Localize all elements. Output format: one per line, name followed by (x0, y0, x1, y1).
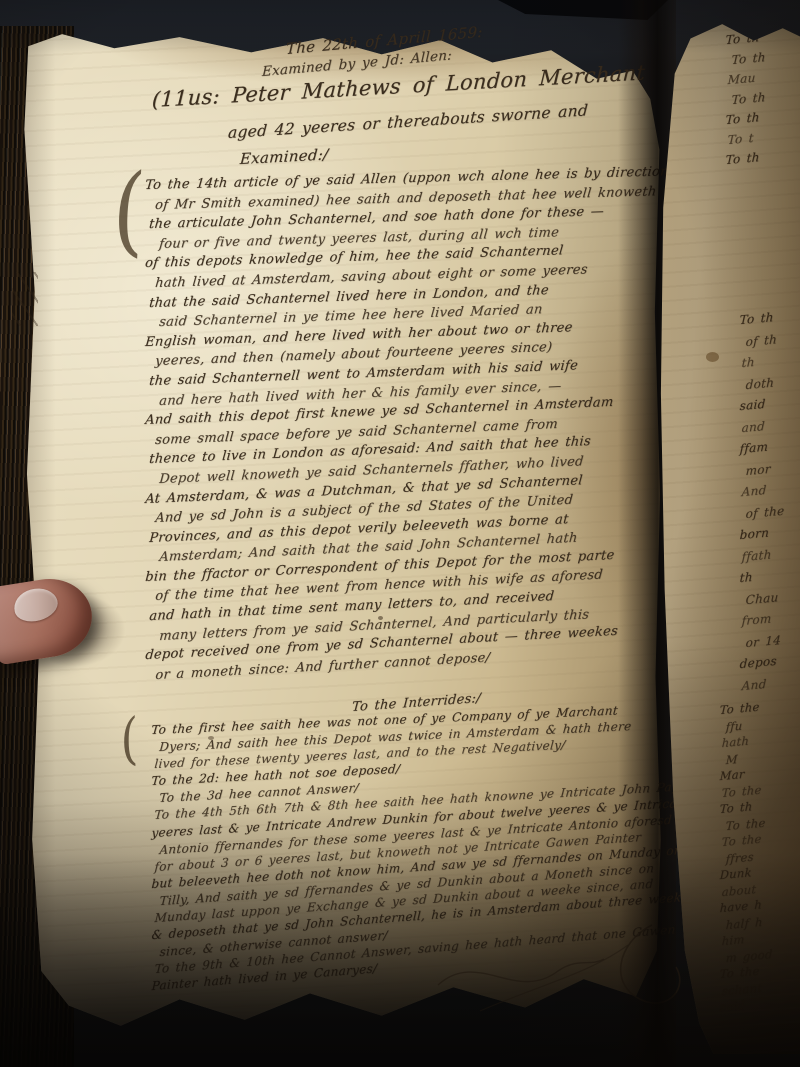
facing-line: To th (725, 146, 766, 170)
ink-stain (208, 736, 214, 740)
ink-stain (378, 616, 383, 620)
facing-line: To th (739, 306, 785, 332)
deposition-block: To the 14th article of ye said Allen (up… (146, 176, 651, 685)
paper-fox-spot (706, 352, 719, 362)
facing-line: ffam (739, 435, 785, 461)
facing-line: And (741, 478, 785, 503)
facing-middle-fragments: To thof ththdothsaidandffammorAndof theb… (740, 310, 785, 697)
facing-line: th (741, 349, 785, 374)
facing-line: th (739, 564, 785, 590)
facing-bottom-fragments: To theffuhathMMarTo theTo thTo theTo the… (720, 702, 773, 1016)
manuscript-photo: The 22th of Aprill 1659: Examined by ye … (0, 0, 800, 1067)
margin-pen-marks (12, 272, 38, 326)
facing-top-fragments: To thTo thMauTo thTo thTo tTo th (726, 30, 766, 170)
facing-line: And (741, 672, 785, 697)
thumb-nail (10, 584, 61, 626)
facing-line: from (741, 607, 785, 632)
facing-line: said (719, 994, 772, 1015)
